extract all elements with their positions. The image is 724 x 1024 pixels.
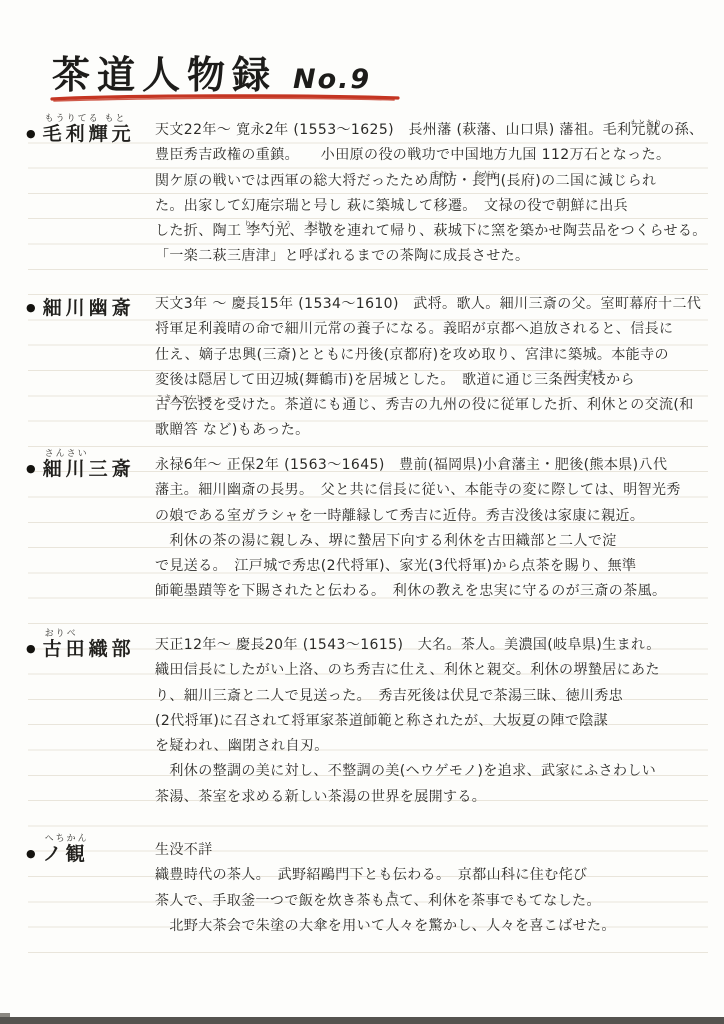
entry-name-column: ●古田織部おりべ bbox=[26, 634, 135, 661]
bullet-icon: ● bbox=[26, 127, 36, 140]
entry-text-line: の娘である室ガラシャを一時離縁して秀吉に近侍。秀吉没後は家康に親近。 bbox=[155, 504, 711, 529]
entry-name: 古田織部おりべ bbox=[43, 638, 135, 660]
page-title: 茶道人物録 bbox=[52, 53, 277, 97]
entry-body: 天文22年～ 寛永2年 (1553～1625) 長州藩 (萩藩、山口県) 藩祖。… bbox=[155, 118, 711, 270]
entry-text-line: 織豊時代の茶人。 武野紹鷗門下とも伝わる。 京都山科に住む侘び bbox=[155, 863, 711, 888]
scan-edge-bottom bbox=[0, 1017, 724, 1024]
entry-name: 細川三斎さんさい bbox=[43, 458, 135, 480]
entry-name-furigana: おりべ bbox=[45, 626, 78, 639]
entry-text-line: 生没不詳 bbox=[155, 838, 711, 863]
ruby-base: 古今伝授こきんでんじゅ bbox=[155, 393, 213, 418]
entry-name-column: ●細川三斎さんさい bbox=[26, 454, 135, 481]
furigana: りしゃくこう bbox=[244, 212, 292, 237]
furigana: こきんでんじゅ bbox=[156, 386, 212, 411]
entry-name-column: ●毛利輝元もうりてる もと bbox=[26, 119, 135, 146]
entry-name-column: ●細川幽斎 bbox=[26, 293, 135, 320]
entry-text-line: 茶湯、茶室を求める新しい茶湯の世界を展開する。 bbox=[155, 785, 711, 810]
entry-text-line: り、細川三斎と二人で見送った。 秀吉死後は伏見で茶湯三昧、徳川秀忠 bbox=[155, 684, 711, 709]
entry-text-line: た。出家して幻庵宗瑞と号し 萩に築城して移遷。 文禄の役で朝鮮に出兵 bbox=[155, 194, 711, 219]
entry-text-line: 将軍足利義晴の命で細川元常の養子になる。義昭が京都へ追放されると、信長に bbox=[155, 317, 711, 342]
bullet-icon: ● bbox=[26, 462, 36, 475]
bullet-icon: ● bbox=[26, 642, 36, 655]
entry-text-line: を疑われ、幽閉され自刃。 bbox=[155, 734, 711, 759]
entry-text-line: 天文22年～ 寛永2年 (1553～1625) 長州藩 (萩藩、山口県) 藩祖。… bbox=[155, 118, 711, 143]
red-underline bbox=[50, 92, 402, 104]
entry-name-furigana: さんさい bbox=[45, 446, 89, 459]
ruby-base: 李勺光りしゃくこう bbox=[246, 219, 289, 244]
entry-name-furigana: へちかん bbox=[45, 831, 89, 844]
furigana: にしさねき bbox=[565, 361, 605, 386]
entry-text-line: 天文3年 ～ 慶長15年 (1534～1610) 武将。歌人。細川三斎の父。室町… bbox=[155, 292, 711, 317]
entry-text-line: 仕え、嫡子忠興(三斎)とともに丹後(京都府)を攻め取り、宮津に築城。本能寺の bbox=[155, 343, 711, 368]
furigana: もとなり bbox=[630, 111, 662, 136]
entry-text-line: 利休の茶の湯に親しみ、堺に蟄居下向する利休を古田織部と二人で淀 bbox=[155, 529, 711, 554]
entry-body: 永禄6年～ 正保2年 (1563～1645) 豊前(福岡県)小倉藩主・肥後(熊本… bbox=[155, 453, 711, 605]
entry-body: 生没不詳織豊時代の茶人。 武野紹鷗門下とも伝わる。 京都山科に住む侘び茶人で、手… bbox=[155, 838, 711, 939]
entry-text-line: した折、陶工 李勺光りしゃくこう、李敬りけいを連れて帰り、萩城下に窯を築かせ陶芸… bbox=[155, 219, 711, 244]
entry-text-line: で見送る。 江戸城で秀忠(2代将軍)、家光(3代将軍)から点茶を賜り、無準 bbox=[155, 554, 711, 579]
page-title-number: No.9 bbox=[293, 64, 371, 95]
entry-body: 天文3年 ～ 慶長15年 (1534～1610) 武将。歌人。細川三斎の父。室町… bbox=[155, 292, 711, 444]
furigana: りけい bbox=[306, 212, 330, 237]
entry-name: 細川幽斎 bbox=[43, 297, 135, 319]
entry-text-line: 古今伝授こきんでんじゅを受けた。茶道にも通じ、秀吉の九州の役に従軍した折、利休と… bbox=[155, 393, 711, 418]
entry-text-line: 師範墨蹟等を下賜されたと伝わる。 利休の教えを忠実に守るのが三斎の茶風。 bbox=[155, 579, 711, 604]
entry-name-furigana: もうりてる もと bbox=[45, 111, 127, 124]
ruby-base: 点た bbox=[385, 889, 399, 914]
entry-text-line: 茶人で、手取釜一つで飯を炊き茶も点たて、利休を茶事でもてなした。 bbox=[155, 889, 711, 914]
ruby-base: 西実枝にしさねき bbox=[563, 368, 606, 393]
furigana: た bbox=[388, 882, 396, 907]
entry-name: 毛利輝元もうりてる もと bbox=[43, 123, 135, 145]
entry-text-line: 織田信長にしたがい上洛、のち秀吉に仕え、利休と親交。利休の堺蟄居にあた bbox=[155, 658, 711, 683]
bullet-icon: ● bbox=[26, 847, 36, 860]
furigana: すおう bbox=[431, 162, 455, 187]
page-header: 茶道人物録No.9 bbox=[52, 44, 371, 99]
entry-text-line: 関ケ原の戦いでは西軍の総大将だったため周防すおう・長門ながと(長府)の二国に減じ… bbox=[155, 169, 711, 194]
entry-text-line: 藩主。細川幽斎の長男。 父と共に信長に従い、本能寺の変に際しては、明智光秀 bbox=[155, 478, 711, 503]
entry-name: ノ観へちかん bbox=[43, 843, 89, 865]
entry-text-line: 永禄6年～ 正保2年 (1563～1645) 豊前(福岡県)小倉藩主・肥後(熊本… bbox=[155, 453, 711, 478]
ruby-base: 周防すおう bbox=[429, 169, 458, 194]
entry-text-line: 利休の整調の美に対し、不整調の美(ヘウゲモノ)を追求、武家にふさわしい bbox=[155, 759, 711, 784]
entry-text-line: 変後は隠居して田辺城(舞鶴市)を居城とした。 歌道に通じ三条西実枝にしさねきから bbox=[155, 368, 711, 393]
entry-body: 天正12年～ 慶長20年 (1543～1615) 大名。茶人。美濃国(岐阜県)生… bbox=[155, 633, 711, 810]
ruby-base: 元就もとなり bbox=[631, 118, 660, 143]
entry-text-line: 「一楽二萩三唐津」と呼ばれるまでの茶陶に成長させた。 bbox=[155, 244, 711, 269]
entry-text-line: 北野大茶会で朱塗の大傘を用いて人々を驚かし、人々を喜こばせた。 bbox=[155, 914, 711, 939]
furigana: ながと bbox=[474, 162, 498, 187]
entry-text-line: 歌贈答 など)もあった。 bbox=[155, 418, 711, 443]
ruby-base: 長門ながと bbox=[472, 169, 501, 194]
bullet-icon: ● bbox=[26, 301, 36, 314]
ruby-base: 李敬りけい bbox=[304, 219, 333, 244]
entry-text-line: 天正12年～ 慶長20年 (1543～1615) 大名。茶人。美濃国(岐阜県)生… bbox=[155, 633, 711, 658]
entry-name-column: ●ノ観へちかん bbox=[26, 839, 89, 866]
entry-text-line: (2代将軍)に召されて将軍家茶道師範と称されたが、大坂夏の陣で陰謀 bbox=[155, 709, 711, 734]
